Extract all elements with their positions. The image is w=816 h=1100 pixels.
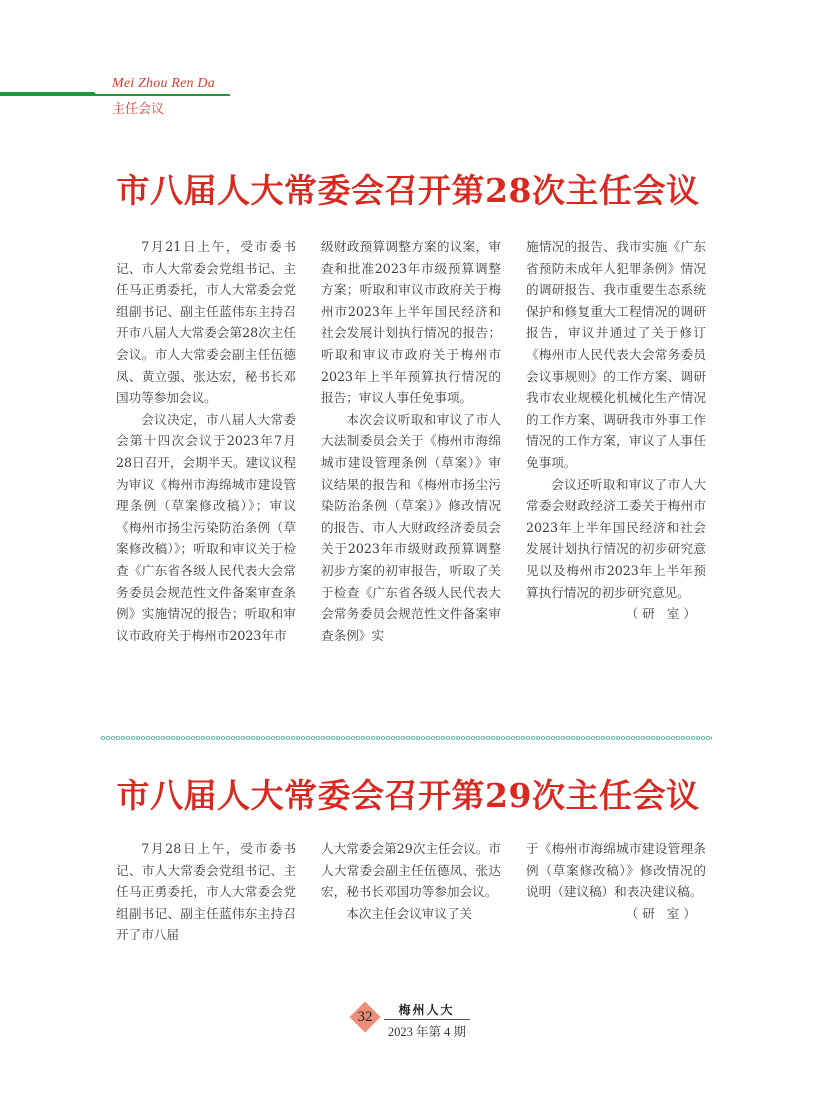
paragraph: 会议决定，市八届人大常委会第十四次会议于2023年7月28日召开，会期半天。建议… bbox=[116, 409, 296, 647]
article-2-column-3: 于《梅州市海绵城市建设管理条例（草案修改稿）》修改情况的说明（建议稿）和表决建议… bbox=[526, 838, 706, 946]
paragraph: 级财政预算调整方案的议案，审查和批准2023年市级预算调整方案；听取和审议市政府… bbox=[321, 236, 501, 409]
article-2-column-1: 7月28日上午，受市委书记、市人大常委会党组书记、主任马正勇委托，市人大常委会党… bbox=[116, 838, 296, 946]
paragraph: 人大常委会第29次主任会议。市人大常委会副主任伍德凤、张达宏，秘书长邓国功等参加… bbox=[321, 838, 501, 903]
article-2-column-2: 人大常委会第29次主任会议。市人大常委会副主任伍德凤、张达宏，秘书长邓国功等参加… bbox=[321, 838, 501, 946]
article-1-title: 市八届人大常委会召开第28次主任会议 bbox=[0, 165, 816, 212]
paragraph: 本次会议听取和审议了市人大法制委员会关于《梅州市海绵城市建设管理条例（草案）》审… bbox=[321, 409, 501, 647]
paragraph: 于《梅州市海绵城市建设管理条例（草案修改稿）》修改情况的说明（建议稿）和表决建议… bbox=[526, 838, 706, 903]
page-footer: 32 梅州人大 2023 年第 4 期 bbox=[0, 1000, 816, 1050]
article-1-column-1: 7月21日上午，受市委书记、市人大常委会党组书记、主任马正勇委托，市人大常委会党… bbox=[116, 236, 296, 646]
header-rule-thick bbox=[0, 92, 90, 96]
chain-divider bbox=[100, 734, 712, 742]
header-rule-thin bbox=[94, 94, 230, 96]
article-1-column-3: 施情况的报告、我市实施《广东省预防未成年人犯罪条例》情况的调研报告、我市重要生态… bbox=[526, 236, 706, 646]
paragraph: 会议还听取和审议了市人大常委会财政经济工委关于梅州市2023年上半年国民经济和社… bbox=[526, 474, 706, 604]
paragraph: 施情况的报告、我市实施《广东省预防未成年人犯罪条例》情况的调研报告、我市重要生态… bbox=[526, 236, 706, 474]
footer-issue: 2023 年第 4 期 bbox=[384, 1022, 470, 1040]
article-2-body: 7月28日上午，受市委书记、市人大常委会党组书记、主任马正勇委托，市人大常委会党… bbox=[116, 838, 706, 946]
section-label: 主任会议 bbox=[112, 98, 164, 117]
article-2-signature: （研 室） bbox=[526, 903, 706, 925]
footer-rule bbox=[384, 1019, 470, 1020]
page-number: 32 bbox=[349, 1009, 381, 1026]
article-2-title: 市八届人大常委会召开第29次主任会议 bbox=[0, 770, 816, 817]
magazine-name-en: Mei Zhou Ren Da bbox=[112, 76, 215, 92]
article-1-signature: （研 室） bbox=[526, 603, 706, 625]
article-1-column-2: 级财政预算调整方案的议案，审查和批准2023年市级预算调整方案；听取和审议市政府… bbox=[321, 236, 501, 646]
article-1-body: 7月21日上午，受市委书记、市人大常委会党组书记、主任马正勇委托，市人大常委会党… bbox=[116, 236, 706, 646]
footer-magazine-name: 梅州人大 bbox=[384, 1001, 469, 1018]
paragraph: 本次主任会议审议了关 bbox=[321, 903, 501, 925]
paragraph: 7月21日上午，受市委书记、市人大常委会党组书记、主任马正勇委托，市人大常委会党… bbox=[116, 236, 296, 409]
paragraph: 7月28日上午，受市委书记、市人大常委会党组书记、主任马正勇委托，市人大常委会党… bbox=[116, 838, 296, 946]
